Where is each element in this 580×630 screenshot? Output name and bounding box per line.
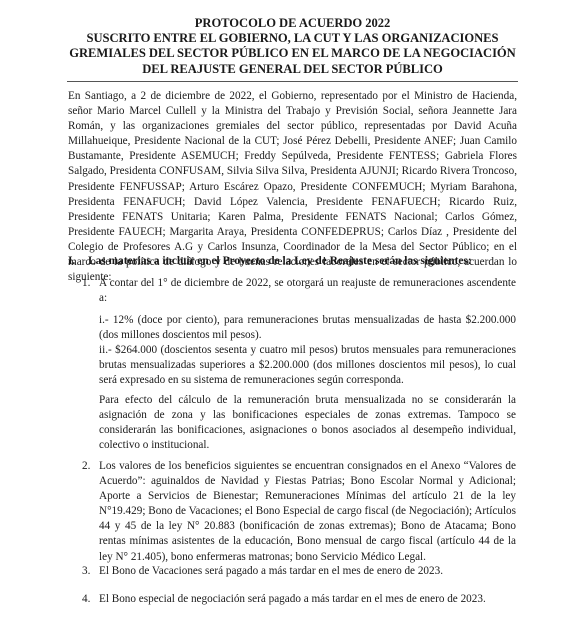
item-note: Para efecto del cálculo de la remuneraci…	[99, 393, 516, 453]
item-number: 4.	[82, 592, 90, 607]
title-line: GREMIALES DEL SECTOR PÚBLICO EN EL MARCO…	[67, 46, 518, 61]
document-title: PROTOCOLO DE ACUERDO 2022 SUSCRITO ENTRE…	[67, 16, 518, 77]
item-text: A contar del 1° de diciembre de 2022, se…	[99, 276, 516, 306]
title-line: SUSCRITO ENTRE EL GOBIERNO, LA CUT Y LAS…	[67, 31, 518, 46]
item-number: 2.	[82, 459, 90, 474]
section-title: Las materias a incluir en el Proyecto de…	[88, 254, 472, 269]
item-number: 1.	[82, 276, 90, 291]
title-line: DEL REAJUSTE GENERAL DEL SECTOR PÚBLICO	[67, 62, 518, 77]
sub-item-i: i.- 12% (doce por ciento), para remunera…	[99, 313, 516, 343]
title-divider	[67, 81, 518, 82]
item-text: El Bono especial de negociación será pag…	[99, 592, 516, 607]
item-text: Los valores de los beneficios siguientes…	[99, 459, 516, 565]
document-page: PROTOCOLO DE ACUERDO 2022 SUSCRITO ENTRE…	[0, 0, 580, 630]
item-text: El Bono de Vacaciones será pagado a más …	[99, 564, 516, 579]
section-number: I.	[68, 254, 75, 269]
title-line: PROTOCOLO DE ACUERDO 2022	[67, 16, 518, 31]
sub-item-ii: ii.- $264.000 (doscientos sesenta y cuat…	[99, 343, 516, 388]
item-number: 3.	[82, 564, 90, 579]
